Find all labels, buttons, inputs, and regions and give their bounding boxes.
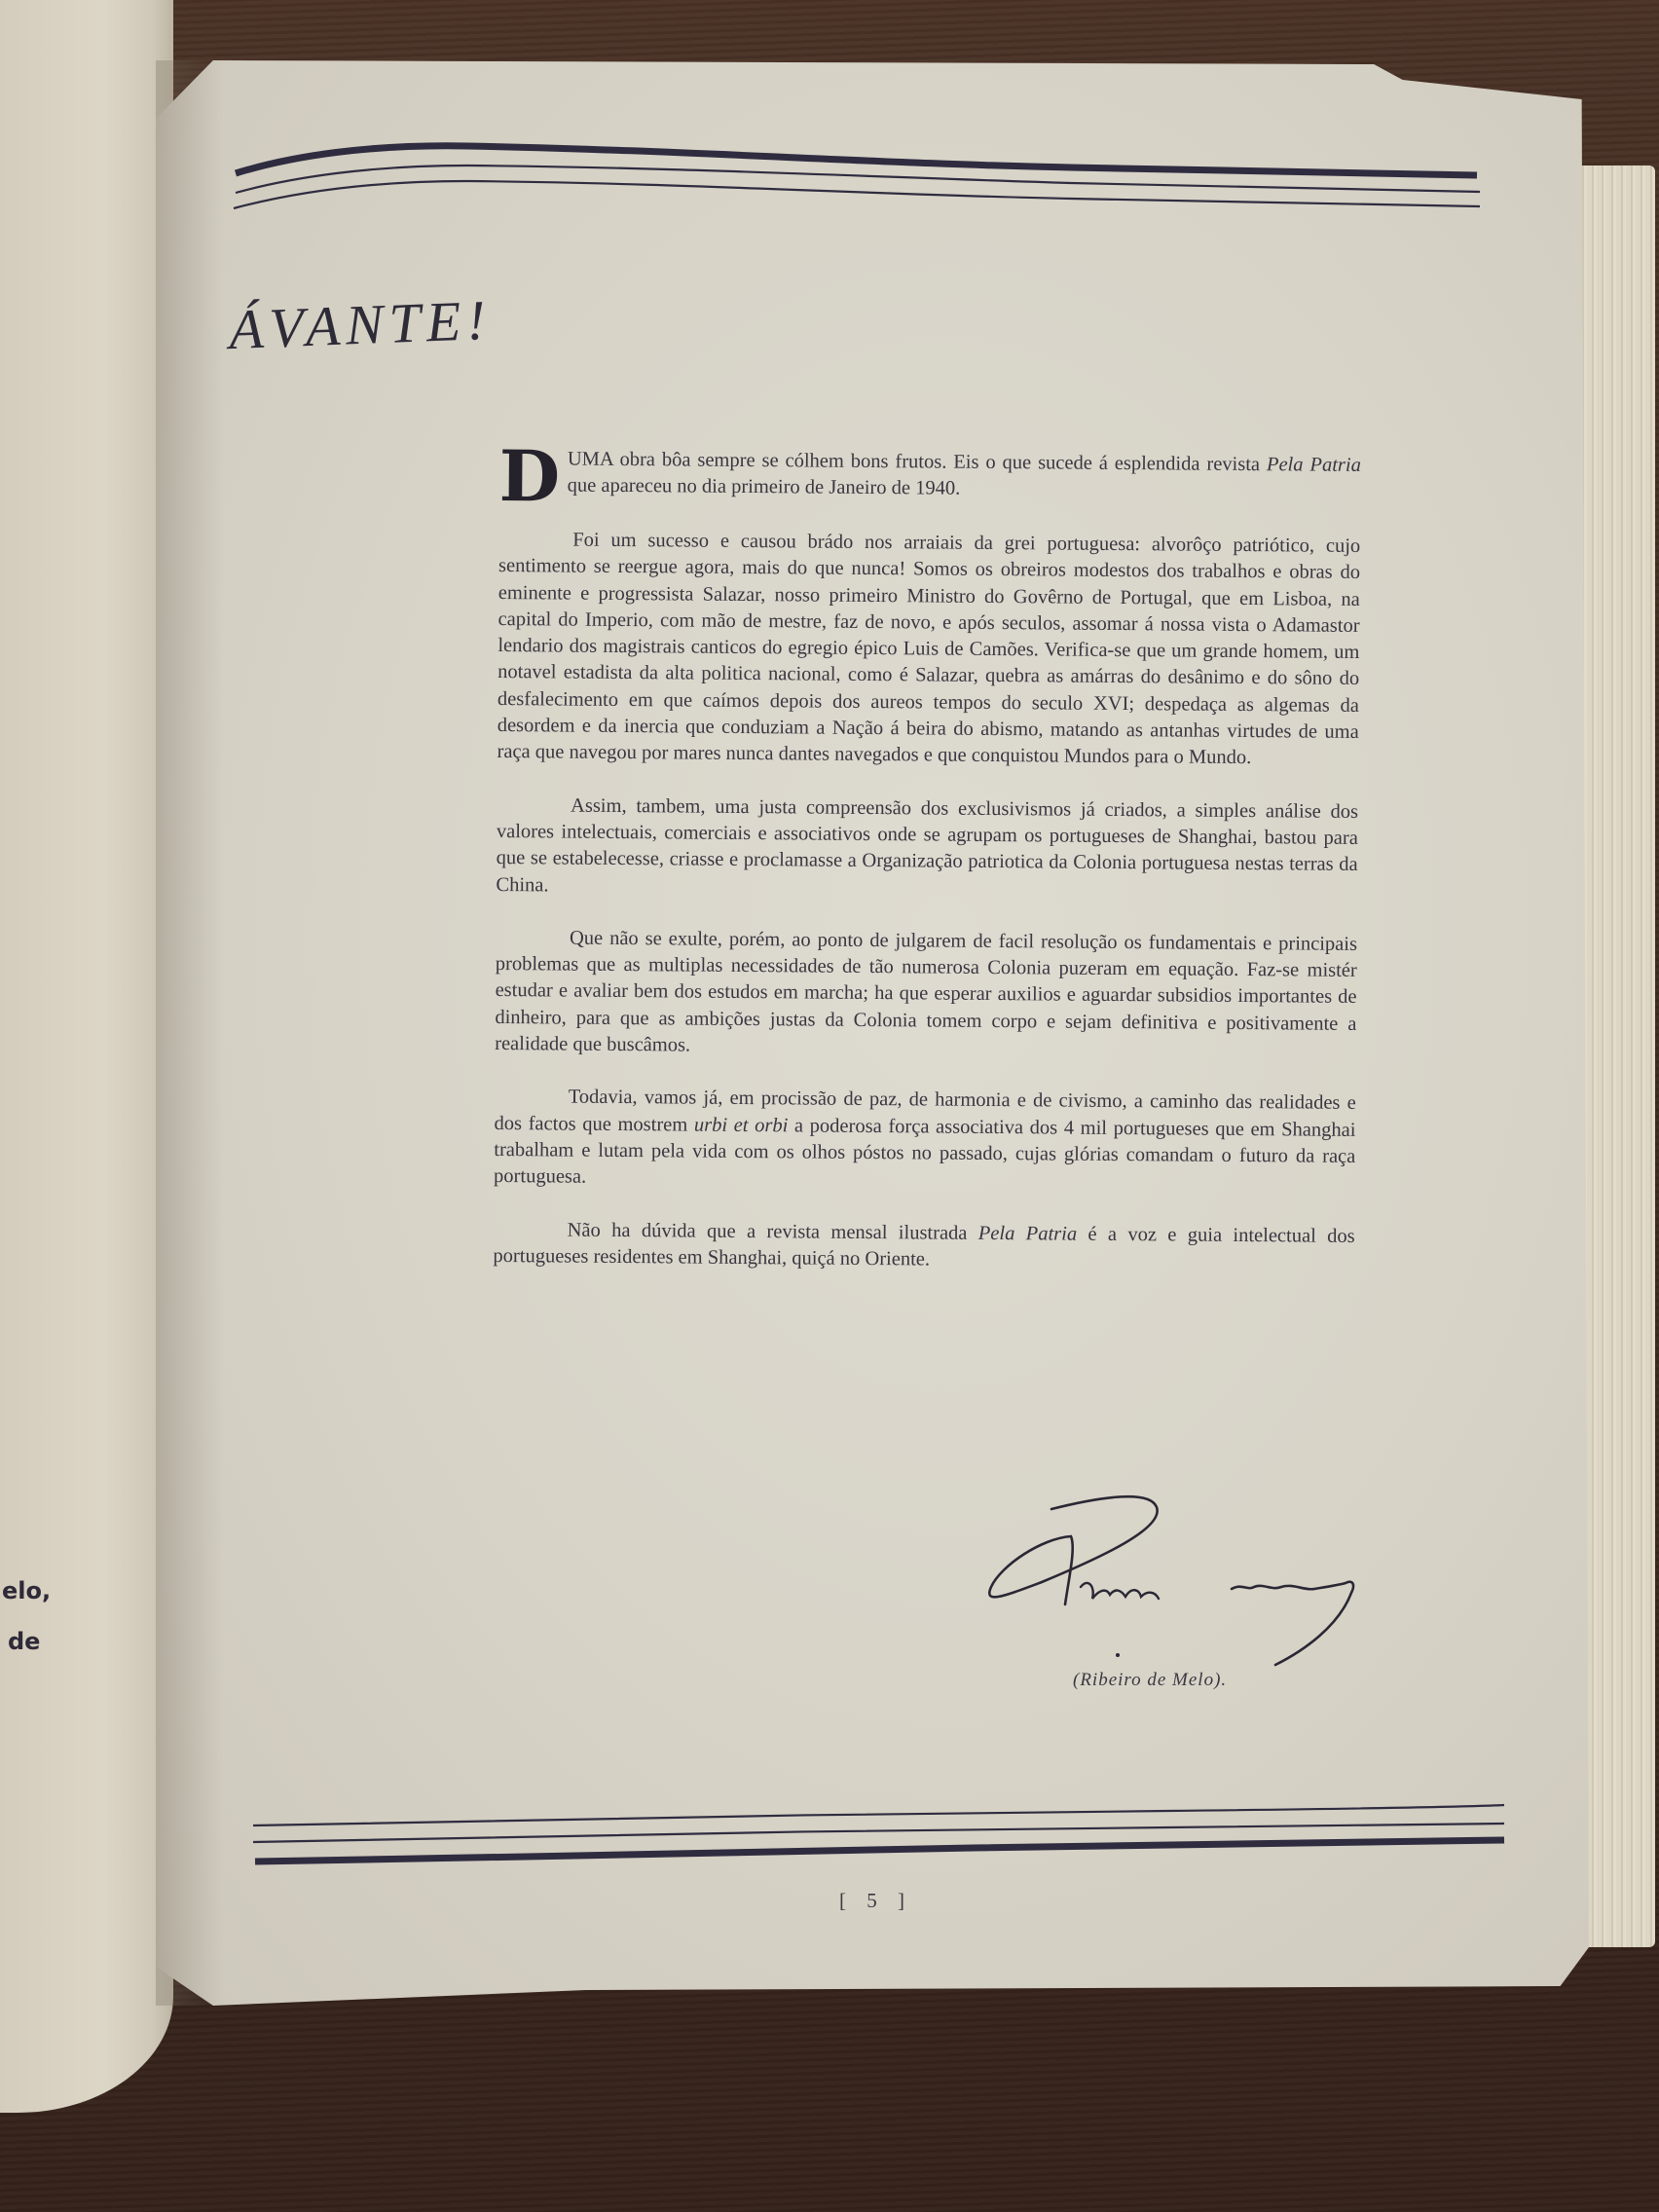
page-number: [ 5 ] bbox=[839, 1889, 912, 1913]
paragraph-2: Foi um sucesso e causou brádo nos arraia… bbox=[497, 527, 1360, 773]
text-segment: Que não se exulte, porém, ao ponto de ju… bbox=[495, 927, 1357, 1055]
text-segment: Não ha dúvida que a revista mensal ilust… bbox=[568, 1219, 978, 1243]
text-segment: UMA obra bôa sempre se cólhem bons fruto… bbox=[568, 449, 1267, 476]
article-body: D UMA obra bôa sempre se cólhem bons fru… bbox=[493, 446, 1361, 1303]
italic-magazine-title: Pela Patria bbox=[1267, 454, 1361, 476]
italic-latin-phrase: urbi et orbi bbox=[694, 1114, 789, 1136]
paragraph-3: Assim, tambem, uma justa compreensão dos… bbox=[496, 793, 1358, 905]
paragraph-5: Todavia, vamos já, em procissão de paz, … bbox=[494, 1084, 1356, 1197]
page-title: ÁVANTE! bbox=[228, 287, 493, 362]
italic-magazine-title: Pela Patria bbox=[978, 1222, 1077, 1244]
text-segment: Foi um sucesso e causou brádo nos arraia… bbox=[497, 530, 1360, 769]
top-thin-rule-2 bbox=[234, 181, 1480, 208]
paragraph-1: D UMA obra bôa sempre se cólhem bons fru… bbox=[499, 446, 1361, 507]
bottom-thick-rule bbox=[255, 1840, 1504, 1862]
top-thick-rule bbox=[236, 146, 1477, 175]
bottom-thin-rule-1 bbox=[253, 1805, 1504, 1825]
paragraph-6: Não ha dúvida que a revista mensal ilust… bbox=[493, 1217, 1354, 1277]
drop-cap: D bbox=[498, 442, 560, 510]
signature-caption: (Ribeiro de Melo). bbox=[1073, 1670, 1227, 1691]
handwritten-signature bbox=[983, 1490, 1392, 1684]
bottom-thin-rule-2 bbox=[253, 1824, 1504, 1842]
text-segment: que apareceu no dia primeiro de Janeiro … bbox=[568, 475, 961, 499]
paragraph-4: Que não se exulte, porém, ao ponto de ju… bbox=[495, 925, 1357, 1064]
text-segment: Assim, tambem, uma justa compreensão dos… bbox=[496, 794, 1358, 896]
